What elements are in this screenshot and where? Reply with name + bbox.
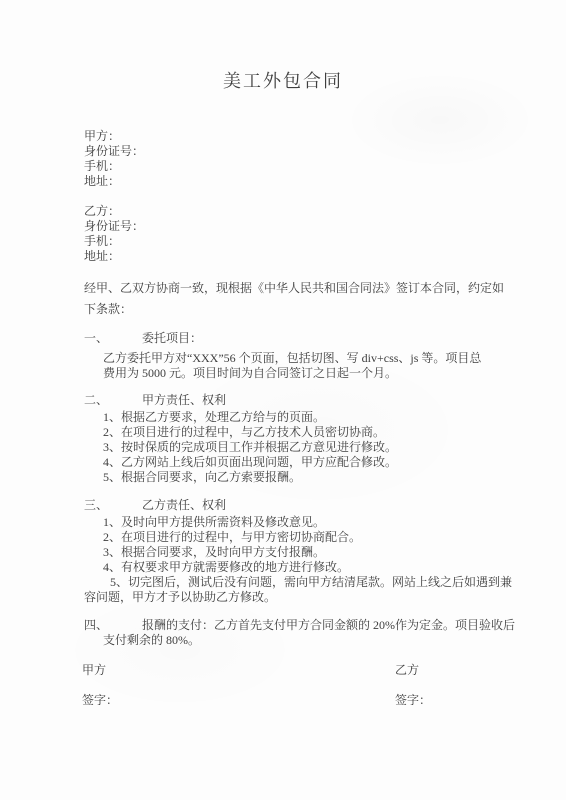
intro-line: 经甲、乙双方协商一致，现根据《中华人民共和国合同法》签订本合同，约定如 [84,278,504,299]
party-b-name-label: 乙方： [84,204,504,219]
party-b-block: 乙方： 身份证号： 手机： 地址： [84,204,504,264]
document-body: 甲方： 身份证号： 手机： 地址： 乙方： 身份证号： 手机： 地址： 经甲、乙… [84,93,504,708]
section-number: 二、 [84,393,142,408]
signature-line-b: 签字： [395,693,431,708]
section-heading-row: 一、委托项目： [84,331,504,346]
list-item: 3、按时保质的完成项目工作并根据乙方意见进行修改。 [103,440,504,455]
signature-line-a: 签字： [82,693,118,708]
list-item: 5、切完图后，测试后没有问题，需向甲方结清尾款。网站上线之后如遇到兼 [84,575,504,590]
list-item-continuation: 容问题，甲方才予以协助乙方修改。 [84,590,504,605]
section-heading-row: 二、甲方责任、权利 [84,393,504,408]
section-entrusted-project: 一、委托项目： 乙方委托甲方对“XXX”56 个页面，包括切图、写 div+cs… [84,331,504,381]
signature-party-b-label: 乙方 [395,663,419,678]
section-heading: 委托项目： [142,331,202,345]
section-item-list: 1、根据乙方要求，处理乙方给与的页面。 2、在项目进行的过程中，与乙方技术人员密… [84,410,504,485]
section-heading-row: 三、乙方责任、权利 [84,498,504,513]
section-item-list: 1、及时向甲方提供所需资料及修改意见。 2、在项目进行的过程中，与甲方密切协商配… [84,515,504,575]
section-body: 乙方委托甲方对“XXX”56 个页面，包括切图、写 div+css、js 等。项… [84,351,504,381]
list-item: 5、根据合同要求，向乙方索要报酬。 [103,470,504,485]
section-body-line: 费用为 5000 元。项目时间为自合同签订之日起一个月。 [103,366,504,381]
intro-paragraph: 经甲、乙双方协商一致，现根据《中华人民共和国合同法》签订本合同，约定如 下条款： [84,278,504,320]
signature-party-row: 甲方 乙方 [84,663,504,678]
list-item: 1、根据乙方要求，处理乙方给与的页面。 [103,410,504,425]
list-item: 2、在项目进行的过程中，与甲方密切协商配合。 [103,530,504,545]
section-heading: 甲方责任、权利 [142,393,226,407]
signature-sign-row: 签字： 签字： [84,693,504,708]
list-item: 1、及时向甲方提供所需资料及修改意见。 [103,515,504,530]
section-party-b-duties: 三、乙方责任、权利 1、及时向甲方提供所需资料及修改意见。 2、在项目进行的过程… [84,498,504,605]
section-party-a-duties: 二、甲方责任、权利 1、根据乙方要求，处理乙方给与的页面。 2、在项目进行的过程… [84,393,504,485]
section-heading: 报酬的支付：乙方首先支付甲方合同金额的 20%作为定金。项目验收后 [142,618,515,632]
section-number: 三、 [84,498,142,513]
party-a-id-label: 身份证号： [84,144,504,159]
intro-line: 下条款： [84,299,504,320]
section-body-line: 支付剩余的 80%。 [84,633,504,648]
party-b-address-label: 地址： [84,249,504,264]
list-item: 4、乙方网站上线后如页面出现问题，甲方应配合修改。 [103,455,504,470]
party-a-name-label: 甲方： [84,129,504,144]
party-b-phone-label: 手机： [84,234,504,249]
section-number: 一、 [84,331,142,346]
contract-page: 美工外包合同 甲方： 身份证号： 手机： 地址： 乙方： 身份证号： 手机： 地… [0,0,566,800]
list-item: 3、根据合同要求，及时向甲方支付报酬。 [103,545,504,560]
section-number: 四、 [84,618,142,633]
section-heading-row: 四、报酬的支付：乙方首先支付甲方合同金额的 20%作为定金。项目验收后 [84,618,504,633]
party-a-block: 甲方： 身份证号： 手机： 地址： [84,129,504,189]
party-b-id-label: 身份证号： [84,219,504,234]
party-a-phone-label: 手机： [84,159,504,174]
party-a-address-label: 地址： [84,174,504,189]
signature-party-a-label: 甲方 [82,663,106,678]
section-payment: 四、报酬的支付：乙方首先支付甲方合同金额的 20%作为定金。项目验收后 支付剩余… [84,618,504,648]
section-body-line: 乙方委托甲方对“XXX”56 个页面，包括切图、写 div+css、js 等。项… [103,351,504,366]
section-heading: 乙方责任、权利 [142,498,226,512]
list-item: 2、在项目进行的过程中，与乙方技术人员密切协商。 [103,425,504,440]
list-item: 4、有权要求甲方就需要修改的地方进行修改。 [103,560,504,575]
document-title: 美工外包合同 [0,0,566,93]
